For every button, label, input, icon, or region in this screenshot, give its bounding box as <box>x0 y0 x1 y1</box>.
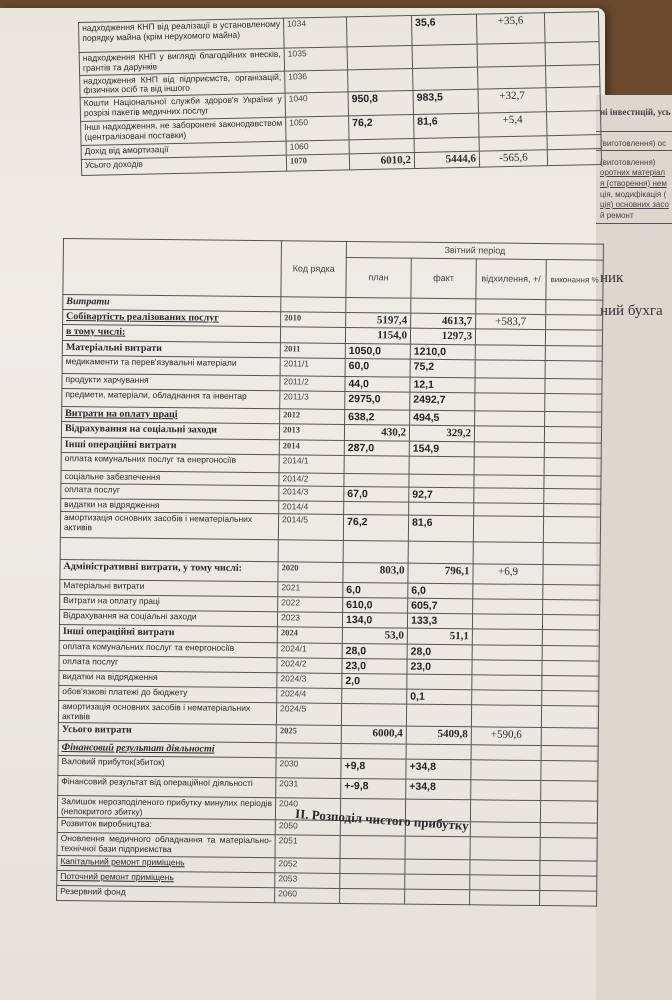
plan-value: 6010,2 <box>349 153 414 170</box>
plan-value: 950,8 <box>348 91 413 116</box>
percent-value <box>544 503 601 517</box>
header-plan: план <box>346 257 411 298</box>
plan-value <box>344 501 409 515</box>
row-code: 2024/1 <box>277 642 342 658</box>
empty-cell <box>340 836 405 859</box>
fact-value: 494,5 <box>410 410 475 426</box>
row-code: 2012 <box>280 409 345 425</box>
percent-value <box>543 564 600 585</box>
empty-cell <box>470 860 540 876</box>
fact-value <box>414 137 479 152</box>
empty-cell <box>470 890 540 906</box>
deviation-value <box>472 690 542 706</box>
percent-value <box>544 475 601 489</box>
row-code: 2031 <box>276 778 341 799</box>
deviation-value: +6,9 <box>473 564 543 585</box>
row-label: Усього витрати <box>58 723 276 743</box>
row-label: Фінансовий результат від операційної дія… <box>58 775 276 797</box>
fact-value: 92,7 <box>409 487 474 503</box>
percent-value <box>545 360 602 379</box>
empty-cell <box>340 888 405 904</box>
deviation-value <box>478 65 546 89</box>
deviation-value <box>471 780 541 801</box>
fact-value: 5409,8 <box>406 726 471 745</box>
row-code: 2014/1 <box>279 454 344 473</box>
fact-value: 1210,0 <box>410 344 475 360</box>
row-label: Резервний фонд <box>57 885 275 902</box>
percent-value <box>545 42 599 66</box>
percent-value <box>545 330 602 346</box>
header-blank <box>63 239 282 297</box>
row-code: 2014/4 <box>279 501 344 515</box>
empty-cell <box>405 859 470 875</box>
side-line: й ремонт <box>600 211 634 220</box>
side-line: я (створення) нем <box>600 179 667 188</box>
plan-value <box>344 473 409 487</box>
plan-value: 60,0 <box>345 358 410 377</box>
plan-value: 430,2 <box>344 424 409 440</box>
deviation-value <box>472 644 542 660</box>
fact-value: 81,6 <box>408 515 473 542</box>
row-code: 1060 <box>286 140 349 155</box>
percent-value <box>544 457 601 476</box>
side-line: оротних матеріал <box>600 168 665 177</box>
row-label: амортизація основних засобів і нематеріа… <box>60 511 278 539</box>
fact-value <box>409 456 474 475</box>
percent-value <box>546 314 603 330</box>
deviation-value: +590,6 <box>471 727 541 746</box>
deviation-value <box>475 329 545 345</box>
plan-value <box>342 688 407 704</box>
row-label: предмети, матеріали, обладнання та інвен… <box>62 388 280 408</box>
side-line: ні інвестицій, усь <box>600 107 671 117</box>
plan-value <box>344 455 409 474</box>
row-label: медикаменти та перев'язувальні матеріали <box>62 355 280 375</box>
plan-value <box>347 46 412 70</box>
percent-value <box>542 614 599 630</box>
side-line: ція) основних засо <box>600 200 669 209</box>
plan-value: 23,0 <box>342 658 407 674</box>
plan-value: 2,0 <box>342 673 407 689</box>
row-code: 2051 <box>275 835 340 858</box>
deviation-value <box>471 745 541 760</box>
deviation-value: +32,7 <box>478 88 546 113</box>
fact-value: 5444,6 <box>414 151 479 168</box>
row-code: 2022 <box>278 597 343 613</box>
percent-value <box>546 111 600 136</box>
header-deviation: відхилення, +/ <box>476 259 546 300</box>
row-code: 2014/5 <box>278 514 343 541</box>
plan-value: 6,0 <box>343 582 408 598</box>
empty-cell <box>405 874 470 890</box>
percent-value <box>543 542 600 565</box>
row-code <box>281 297 346 312</box>
percent-value <box>545 378 602 394</box>
income-table: надходження КНП від реалізації в установ… <box>78 11 602 176</box>
percent-value <box>546 300 603 315</box>
row-code: 2024 <box>277 627 342 643</box>
fact-value: 35,6 <box>411 14 477 45</box>
plan-value <box>343 540 408 563</box>
side-large-text: ний бухга <box>600 303 663 320</box>
deviation-value <box>473 584 543 600</box>
percent-value <box>544 12 599 43</box>
fact-value: 154,9 <box>409 441 474 457</box>
deviation-value <box>473 516 543 543</box>
percent-value <box>541 728 598 747</box>
row-code: 1035 <box>284 47 347 71</box>
plan-value <box>341 744 406 759</box>
percent-value <box>545 411 602 427</box>
row-code: 1036 <box>285 69 348 93</box>
percent-value <box>544 442 601 458</box>
row-code: 2014 <box>279 439 344 455</box>
empty-cell <box>340 873 405 889</box>
deviation-value <box>476 299 546 314</box>
expenses-table: Код рядка Звітний період план факт відхи… <box>56 238 604 907</box>
empty-cell <box>405 889 470 905</box>
deviation-value <box>475 360 545 379</box>
deviation-value <box>474 474 544 488</box>
plan-value <box>348 68 413 92</box>
fact-value: 28,0 <box>407 644 472 660</box>
deviation-value <box>472 659 542 675</box>
plan-value: 638,2 <box>345 409 410 425</box>
percent-value <box>542 675 599 691</box>
row-code: 2020 <box>278 562 343 583</box>
side-line: (виготовлення) ос <box>600 139 666 148</box>
fact-value <box>408 541 473 564</box>
empty-cell <box>470 822 540 838</box>
percent-value <box>546 87 600 112</box>
row-code: 2060 <box>275 888 340 904</box>
plan-value <box>346 16 412 47</box>
fact-value: +34,8 <box>406 779 471 800</box>
row-label: Оновлення медичного обладнання та матері… <box>57 833 275 858</box>
empty-cell <box>540 823 597 839</box>
side-line: (виготовлення) <box>600 158 655 167</box>
row-code: 2024/2 <box>277 657 342 673</box>
plan-value <box>349 139 414 154</box>
row-code: 2030 <box>276 758 341 779</box>
row-label <box>60 537 278 561</box>
row-code: 1034 <box>283 17 347 48</box>
plan-value: 2975,0 <box>345 391 410 410</box>
percent-value <box>545 393 602 412</box>
header-code: Код рядка <box>281 241 347 298</box>
percent-value <box>546 64 600 88</box>
plan-value: 6000,4 <box>341 726 406 745</box>
empty-cell <box>470 837 540 860</box>
plan-value: 803,0 <box>343 562 408 583</box>
deviation-value <box>475 393 545 412</box>
fact-value: +34,8 <box>406 759 471 780</box>
row-label: Адміністративні витрати, у тому числі: <box>60 559 278 581</box>
side-line: ція, модифікація ( <box>600 190 666 199</box>
row-label: оплата комунальних послуг та енергоносії… <box>61 452 279 472</box>
percent-value <box>541 760 598 781</box>
row-code <box>280 327 345 343</box>
row-code: 1040 <box>285 92 348 117</box>
deviation-value <box>474 426 544 442</box>
row-code: 2052 <box>275 858 340 874</box>
fact-value: 23,0 <box>407 659 472 675</box>
deviation-value <box>479 136 547 151</box>
row-code: 2011/3 <box>280 391 345 410</box>
plan-value <box>346 297 411 312</box>
deviation-value <box>474 456 544 475</box>
plan-value: 28,0 <box>342 643 407 659</box>
plan-value: +-9,8 <box>341 778 406 799</box>
fact-value: 1297,3 <box>410 328 475 344</box>
fact-value: 81,6 <box>414 113 479 138</box>
fact-value <box>406 744 471 759</box>
fact-value: 2492,7 <box>410 392 475 411</box>
plan-value: 1154,0 <box>345 328 410 344</box>
fact-value: 4613,7 <box>411 313 476 329</box>
plan-value: +9,8 <box>341 758 406 779</box>
row-code <box>278 540 343 563</box>
percent-value <box>543 516 600 543</box>
row-code: 2011 <box>280 343 345 359</box>
percent-value <box>542 690 599 706</box>
row-code: 1070 <box>286 154 349 171</box>
row-code: 2021 <box>278 582 343 598</box>
plan-value: 76,2 <box>349 115 414 140</box>
plan-value: 134,0 <box>342 612 407 628</box>
fact-value <box>413 67 478 91</box>
row-code: 2014/3 <box>279 485 344 501</box>
fact-value <box>409 502 474 516</box>
row-label: амортизація основних засобів і нематеріа… <box>58 700 276 725</box>
row-code: 2025 <box>276 725 341 744</box>
deviation-value <box>475 345 545 361</box>
percent-value <box>542 645 599 661</box>
fact-value: 605,7 <box>408 598 473 614</box>
fact-value: 983,5 <box>413 89 478 114</box>
row-label: надходження КНП від реалізації в установ… <box>79 18 285 52</box>
empty-cell <box>540 875 597 891</box>
row-code: 2013 <box>279 424 344 440</box>
plan-value: 287,0 <box>344 440 409 456</box>
empty-cell <box>470 800 540 823</box>
fact-value: 796,1 <box>408 563 473 584</box>
empty-cell <box>540 838 597 861</box>
row-code: 2053 <box>275 873 340 889</box>
deviation-value <box>472 614 542 630</box>
adjacent-page: ні інвестицій, усь (виготовлення) ос (ви… <box>596 95 672 1000</box>
row-code: 1050 <box>286 116 349 141</box>
deviation-value <box>473 599 543 615</box>
percent-value <box>544 427 601 443</box>
deviation-value: +5,4 <box>478 112 546 137</box>
fact-value <box>412 44 477 68</box>
percent-value <box>542 629 599 645</box>
deviation-value <box>472 674 542 690</box>
plan-value: 5197,4 <box>346 312 411 328</box>
empty-cell <box>540 890 597 906</box>
percent-value <box>547 135 601 150</box>
row-code: 2023 <box>277 612 342 628</box>
percent-value <box>541 780 598 801</box>
percent-value <box>542 660 599 676</box>
deviation-value <box>473 542 543 565</box>
deviation-value <box>471 760 541 781</box>
plan-value: 44,0 <box>345 376 410 392</box>
deviation-value: +35,6 <box>476 13 545 44</box>
row-code: 2011/2 <box>280 376 345 392</box>
row-code: 2014/2 <box>279 472 344 486</box>
row-label: Залишок нерозподіленого прибутку минулих… <box>57 795 275 820</box>
percent-value <box>543 599 600 615</box>
plan-value: 1050,0 <box>345 343 410 359</box>
deviation-value: +583,7 <box>476 313 546 329</box>
empty-cell <box>405 836 470 859</box>
deviation-value <box>475 411 545 427</box>
header-fact: факт <box>411 258 476 299</box>
empty-cell <box>470 875 540 891</box>
deviation-value: -565,6 <box>479 150 547 167</box>
percent-value <box>541 746 598 761</box>
deviation-value <box>474 503 544 517</box>
deviation-value <box>474 441 544 457</box>
deviation-value <box>474 487 544 503</box>
percent-value <box>545 345 602 361</box>
percent-value <box>541 705 598 728</box>
row-code: 2024/3 <box>277 672 342 688</box>
percent-value <box>543 584 600 600</box>
fact-value <box>407 674 472 690</box>
fact-value <box>409 474 474 488</box>
row-code: 2024/4 <box>277 688 342 704</box>
fact-value <box>406 704 471 727</box>
row-code: 2011/1 <box>280 358 345 377</box>
fact-value: 133,3 <box>407 613 472 629</box>
fact-value: 12,1 <box>410 377 475 393</box>
fact-value: 51,1 <box>407 628 472 644</box>
percent-value <box>547 149 601 166</box>
plan-value: 53,0 <box>342 627 407 643</box>
deviation-value <box>471 705 541 728</box>
plan-value: 76,2 <box>343 514 408 541</box>
header-percent: виконання % <box>546 260 603 301</box>
row-label: Валовий прибуток(збиток) <box>58 755 276 777</box>
deviation-value <box>475 378 545 394</box>
fact-value <box>411 298 476 313</box>
empty-cell <box>540 800 597 823</box>
fact-value: 6,0 <box>408 583 473 599</box>
row-code: 2024/5 <box>276 703 341 726</box>
plan-value <box>341 703 406 726</box>
plan-value: 67,0 <box>344 486 409 502</box>
plan-value: 610,0 <box>343 597 408 613</box>
deviation-value <box>472 629 542 645</box>
empty-cell <box>540 860 597 876</box>
deviation-value <box>477 43 545 67</box>
fact-value: 75,2 <box>410 359 475 378</box>
row-code <box>276 743 341 758</box>
fact-value: 329,2 <box>409 425 474 441</box>
percent-value <box>544 488 601 504</box>
fact-value: 0,1 <box>407 689 472 705</box>
empty-cell <box>340 858 405 874</box>
row-code: 2010 <box>281 311 346 327</box>
